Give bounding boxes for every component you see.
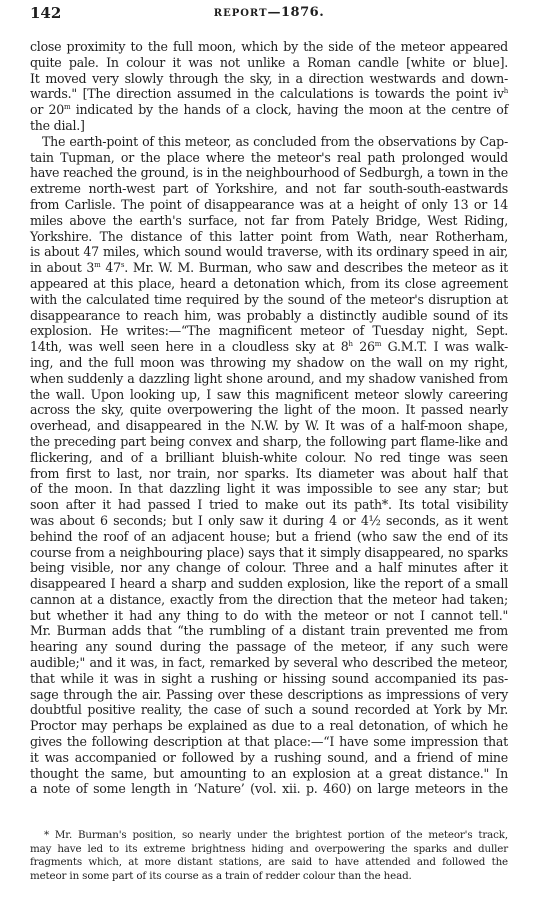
text-line: that while it was in sight a rushing or … <box>30 671 508 687</box>
text-fragment: . Mr. W. M. Burman, who saw and describe… <box>124 260 508 275</box>
text-line: from first to last, nor train, nor spark… <box>30 466 508 482</box>
text-line: overhead, and disappeared in the N.W. by… <box>30 418 508 434</box>
text-line: disappeared I heard a sharp and sudden e… <box>30 576 508 592</box>
text-line: explosion. He writes:—“The magnificent m… <box>30 323 508 339</box>
text-line: a note of some length in ‘Nature’ (vol. … <box>30 781 508 797</box>
running-head-year: —1876. <box>268 5 325 20</box>
text-line: flickering, and of a brilliant bluish-wh… <box>30 450 508 466</box>
text-fragment: 14th, was well seen here in a cloudless … <box>30 339 349 354</box>
text-line: quite pale. In colour it was not unlike … <box>30 55 508 71</box>
text-line: cannon at a distance, exactly from the d… <box>30 592 508 608</box>
text-line: the preceding part being convex and shar… <box>30 434 508 450</box>
text-line: sage through the air. Passing over these… <box>30 687 508 703</box>
text-line: of the moon. In that dazzling light it w… <box>30 481 508 497</box>
footnote: * Mr. Burman's position, so nearly under… <box>30 829 508 883</box>
text-line: the wall. Upon looking up, I saw this ma… <box>30 387 508 403</box>
text-line: tain Tupman, or the place where the mete… <box>30 150 508 166</box>
footnote-line: meteor in some part of its course as a t… <box>30 870 508 884</box>
text-line: when suddenly a dazzling light shone aro… <box>30 371 508 387</box>
text-line: was about 6 seconds; but I only saw it d… <box>30 513 508 529</box>
text-line: is about 47 miles, which sound would tra… <box>30 244 508 260</box>
footnote-line: * Mr. Burman's position, so nearly under… <box>30 829 508 843</box>
text-line: the dial.] <box>30 118 508 134</box>
text-line: miles above the earth's surface, not far… <box>30 213 508 229</box>
text-line: Yorkshire. The distance of this latter p… <box>30 229 508 245</box>
text-line: ing, and the full moon was throwing my s… <box>30 355 508 371</box>
running-head: REPORT—1876. <box>30 5 508 20</box>
text-line: audible;" and it was, in fact, remarked … <box>30 655 508 671</box>
text-line: 14th, was well seen here in a cloudless … <box>30 339 508 355</box>
text-fragment: or 20 <box>30 102 64 117</box>
text-line: across the sky, quite overpowering the l… <box>30 402 508 418</box>
text-line: extreme north-west part of Yorkshire, an… <box>30 181 508 197</box>
text-fragment: 47 <box>101 260 121 275</box>
text-line: gives the following description at that … <box>30 734 508 750</box>
text-line: it was accompanied or followed by a rush… <box>30 750 508 766</box>
text-line: with the calculated time required by the… <box>30 292 508 308</box>
text-line <box>30 797 508 813</box>
text-line: behind the roof of an adjacent house; bu… <box>30 529 508 545</box>
text-line: in about 3m 47s. Mr. W. M. Burman, who s… <box>30 260 508 276</box>
superscript: h <box>504 87 508 95</box>
text-line: It moved very slowly through the sky, in… <box>30 71 508 87</box>
text-fragment: indicated by the hands of a clock, havin… <box>70 102 508 117</box>
text-fragment: 26 <box>353 339 375 354</box>
text-line: thought the same, but amounting to an ex… <box>30 766 508 782</box>
text-line: wards." [The direction assumed in the ca… <box>30 86 508 102</box>
text-line: Proctor may perhaps be explained as due … <box>30 718 508 734</box>
body-text: close proximity to the full moon, which … <box>30 39 508 813</box>
footnote-line: may have led to its extreme brightness h… <box>30 843 508 857</box>
text-line: or 20m indicated by the hands of a clock… <box>30 102 508 118</box>
text-line: but whether it had any thing to do with … <box>30 608 508 624</box>
text-line: disappearance to reach him, was probably… <box>30 308 508 324</box>
paragraph-start-line: The earth-point of this meteor, as concl… <box>30 134 508 150</box>
footnote-line: fragments which, at more distant station… <box>30 856 508 870</box>
page-header: 142 REPORT—1876. <box>30 4 508 26</box>
text-fragment: wards." [The direction assumed in the ca… <box>30 86 504 101</box>
text-line: have reached the ground, is in the neigh… <box>30 165 508 181</box>
text-line: hearing any sound during the passage of … <box>30 639 508 655</box>
text-line: appeared at this place, heard a detonati… <box>30 276 508 292</box>
text-line: doubtful positive reality, the case of s… <box>30 702 508 718</box>
text-fragment: G.M.T. I was walk- <box>381 339 508 354</box>
text-line: being visible, nor any change of colour.… <box>30 560 508 576</box>
text-fragment: in about 3 <box>30 260 94 275</box>
running-head-title: REPORT <box>214 8 268 19</box>
text-line: soon after it had passed I tried to make… <box>30 497 508 513</box>
text-line: from Carlisle. The point of disappearanc… <box>30 197 508 213</box>
text-line: Mr. Burman adds that “the rumbling of a … <box>30 623 508 639</box>
text-line: close proximity to the full moon, which … <box>30 39 508 55</box>
text-line: course from a neighbouring place) says t… <box>30 545 508 561</box>
